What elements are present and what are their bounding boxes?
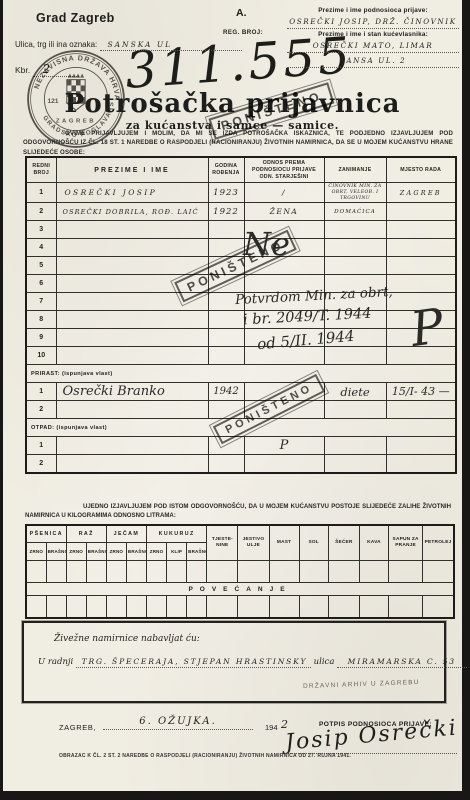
empty-cell: [208, 455, 244, 473]
empty-cell: [324, 221, 386, 239]
col-petrolej: PETRO­LEJ: [423, 525, 454, 561]
procurement-intro: Živežne namirnice nabavljat ću:: [54, 634, 200, 644]
prirast-name-handwritten: Osrečki Branko: [56, 383, 208, 401]
empty-cell: [167, 561, 187, 583]
table-row: 1 Osrečki Branko 1942 diete 15/I- 43 —: [26, 383, 456, 401]
empty-cell: [386, 221, 456, 239]
subcol: ZRNO: [147, 543, 167, 561]
subcol: ZRNO: [26, 543, 46, 561]
prirast-year-handwritten: 1942: [208, 383, 244, 401]
empty-cell: [46, 561, 66, 583]
col-header-godina: GODINA ROĐENJA: [208, 157, 244, 183]
col-mast: MAST: [269, 525, 299, 561]
declaration-paragraph: OVIME PRIJAVLJUJEM I MOLIM, DA MI SE IZD…: [23, 129, 453, 157]
col-secer: ŠEĆER: [328, 525, 359, 561]
owner-value-handwritten: OSREČKI MATO, LIMAR: [287, 38, 459, 53]
shop-street-label: ulica: [314, 657, 335, 667]
empty-cell: [324, 347, 386, 365]
shop-label: U radnji: [38, 657, 73, 667]
empty-cell: [208, 329, 244, 347]
table-row: 9: [26, 329, 456, 347]
subcol: ZRNO: [66, 543, 86, 561]
otpad-mark-handwritten: P: [244, 437, 324, 455]
col-header-mjesto-rada: MJESTO RADA: [386, 157, 456, 183]
empty-cell: [238, 561, 269, 583]
empty-cell: [389, 561, 423, 583]
empty-cell: [56, 329, 208, 347]
subcol: BRAŠNO: [187, 543, 207, 561]
applicant-value-handwritten: OSREČKI JOSIP, DRŽ. ČINOVNIK: [287, 14, 459, 29]
member-name: OSREČKI DOBRILA, ROĐ. LAIĆ: [56, 203, 208, 221]
empty-cell: [46, 596, 66, 618]
empty-cell: [56, 437, 208, 455]
row-number: 1: [26, 383, 56, 401]
empty-cell: [66, 561, 86, 583]
shop-street-value-handwritten: MIRAMARSKA C. 53: [337, 657, 467, 668]
subcol: BRAŠNO: [126, 543, 146, 561]
empty-cell: [56, 401, 208, 419]
date-signature-row: ZAGREB, 6. OŽUJKA. 194 2 POTPIS PODNOSIO…: [3, 715, 462, 755]
empty-cell: [126, 596, 146, 618]
row-number: 6: [26, 275, 56, 293]
col-sapun: SAPUN ZA PRANJE: [389, 525, 423, 561]
empty-cell: [147, 561, 167, 583]
year-value-handwritten: 2: [281, 718, 288, 731]
empty-cell: [56, 311, 208, 329]
member-relation: ŽENA: [244, 203, 324, 221]
empty-cell: [238, 596, 269, 618]
member-workplace: [386, 203, 456, 221]
row-number: 1: [26, 437, 56, 455]
col-header-prezime-ime: PREZIME I IME: [56, 157, 208, 183]
empty-cell: [389, 596, 423, 618]
empty-cell: [26, 596, 46, 618]
owner-address-handwritten: SANSA UL. 2: [287, 53, 459, 68]
table-row: 1 OSREČKI JOSIP 1923 / ČINOVNIK MIN. ZA …: [26, 183, 456, 203]
date-city-label: ZAGREB,: [59, 723, 96, 732]
prirast-note-handwritten: diete: [324, 383, 386, 401]
subcol: ZRNO: [106, 543, 126, 561]
group-psenica: PŠENICA: [26, 525, 66, 543]
row-number: 9: [26, 329, 56, 347]
empty-cell: [26, 561, 46, 583]
date-value-handwritten: 6. OŽUJKA.: [103, 716, 253, 730]
empty-cell: [106, 596, 126, 618]
empty-cell: [56, 221, 208, 239]
prirast-date-handwritten: 15/I- 43 —: [386, 383, 456, 401]
empty-cell: [208, 347, 244, 365]
legal-footnote: OBRAZAC K ČL. 2 ST. 2 NAREDBE O RASPODJE…: [59, 753, 431, 759]
povecanje-band: POVEĆANJE: [26, 583, 454, 596]
row-number: 2: [26, 203, 56, 221]
shop-value-handwritten: TRG. ŠPECERAJA, STJEPAN HRASTINSKY: [76, 657, 312, 668]
empty-cell: [207, 561, 238, 583]
empty-cell: [386, 401, 456, 419]
subcol: BRAŠNO: [86, 543, 106, 561]
empty-cell: [328, 561, 359, 583]
prirast-section-label: PRIRAST: (ispunjava vlast): [26, 365, 456, 383]
empty-cell: [324, 401, 386, 419]
row-number: 4: [26, 239, 56, 257]
table-row: 10: [26, 347, 456, 365]
col-tjestenine: TJESTE­NINE: [207, 525, 238, 561]
empty-cell: [126, 561, 146, 583]
row-number: 2: [26, 401, 56, 419]
member-relation: /: [244, 183, 324, 203]
empty-cell: [208, 221, 244, 239]
col-sol: SOL: [299, 525, 328, 561]
empty-cell: [269, 561, 299, 583]
empty-cell: [324, 257, 386, 275]
col-header-odnos: ODNOS PREMA PODNOSIOCU PRIJAVE ODN. STAR…: [244, 157, 324, 183]
empty-cell: [324, 239, 386, 257]
empty-cell: [423, 596, 454, 618]
handwritten-note-line: Ne: [243, 225, 290, 263]
subcol: KLIP: [167, 543, 187, 561]
member-occupation: ČINOVNIK MIN. ZA OBRT, VELEOB. I TRGOVIN…: [324, 183, 386, 203]
supplies-declaration: UJEDNO IZJAVLJUJEM POD ISTOM ODGOVORNOŠĆ…: [25, 502, 451, 521]
city-heading: Grad Zagreb: [36, 11, 115, 25]
empty-cell: [56, 239, 208, 257]
row-number: 2: [26, 455, 56, 473]
archive-stamp: DRŽAVNI ARHIV U ZAGREBU: [303, 679, 420, 690]
group-jecam: JEČAM: [106, 525, 146, 543]
group-raz: RAŽ: [66, 525, 106, 543]
empty-cell: [86, 561, 106, 583]
empty-cell: [56, 257, 208, 275]
empty-cell: [86, 596, 106, 618]
empty-cell: [359, 596, 388, 618]
empty-cell: [386, 275, 456, 293]
empty-cell: [66, 596, 86, 618]
empty-cell: [386, 239, 456, 257]
col-header-redni-broj: REDNI BROJ: [26, 157, 56, 183]
section-letter: A.: [236, 7, 247, 19]
empty-cell: [423, 561, 454, 583]
row-number: 7: [26, 293, 56, 311]
member-year: 1922: [208, 203, 244, 221]
empty-cell: [328, 596, 359, 618]
col-kava: KAVA: [359, 525, 388, 561]
empty-cell: [299, 561, 328, 583]
applicant-label: Prezime i ime podnosioca prijave:: [287, 7, 459, 14]
col-jestivo-ulje: JESTIVO ULJE: [238, 525, 269, 561]
empty-cell: [147, 596, 167, 618]
empty-cell: [207, 596, 238, 618]
year-prefix: 194: [265, 723, 278, 732]
table-row: 3: [26, 221, 456, 239]
empty-cell: [56, 347, 208, 365]
table-row: 8: [26, 311, 456, 329]
row-number: 10: [26, 347, 56, 365]
row-number: 8: [26, 311, 56, 329]
applicant-block: Prezime i ime podnosioca prijave: OSREČK…: [287, 5, 459, 68]
group-kukuruz: KUKURUZ: [147, 525, 207, 543]
empty-cell: [359, 561, 388, 583]
empty-cell: [269, 596, 299, 618]
food-supplies-table: PŠENICA RAŽ JEČAM KUKURUZ TJESTE­NINE JE…: [25, 524, 455, 619]
col-header-zanimanje: ZANIMANJE: [324, 157, 386, 183]
empty-cell: [299, 596, 328, 618]
owner-label: Prezime i ime i stan kućevlasnika:: [287, 31, 459, 38]
row-number: 1: [26, 183, 56, 203]
empty-cell: [244, 455, 324, 473]
table-row: 2 OSREČKI DOBRILA, ROĐ. LAIĆ 1922 ŽENA D…: [26, 203, 456, 221]
member-occupation: DOMAĆICA: [324, 203, 386, 221]
row-number: 5: [26, 257, 56, 275]
table-row: 1 P: [26, 437, 456, 455]
table-row: 2: [26, 455, 456, 473]
empty-cell: [386, 437, 456, 455]
empty-cell: [106, 561, 126, 583]
empty-cell: [187, 596, 207, 618]
empty-cell: [187, 561, 207, 583]
member-workplace: ZAGREB: [386, 183, 456, 203]
member-name: OSREČKI JOSIP: [56, 183, 208, 203]
procurement-box: Živežne namirnice nabavljat ću: U radnji…: [22, 621, 446, 703]
empty-cell: [324, 455, 386, 473]
member-year: 1923: [208, 183, 244, 203]
document-page: Grad Zagreb A. REG. BROJ: 311.555 Ulica,…: [3, 0, 462, 791]
empty-cell: [167, 596, 187, 618]
procurement-line: U radnji TRG. ŠPECERAJA, STJEPAN HRASTIN…: [38, 656, 467, 668]
empty-cell: [208, 311, 244, 329]
row-number: 3: [26, 221, 56, 239]
empty-cell: [386, 455, 456, 473]
empty-cell: [386, 257, 456, 275]
empty-cell: [56, 455, 208, 473]
subcol: BRAŠNO: [46, 543, 66, 561]
empty-cell: [324, 437, 386, 455]
